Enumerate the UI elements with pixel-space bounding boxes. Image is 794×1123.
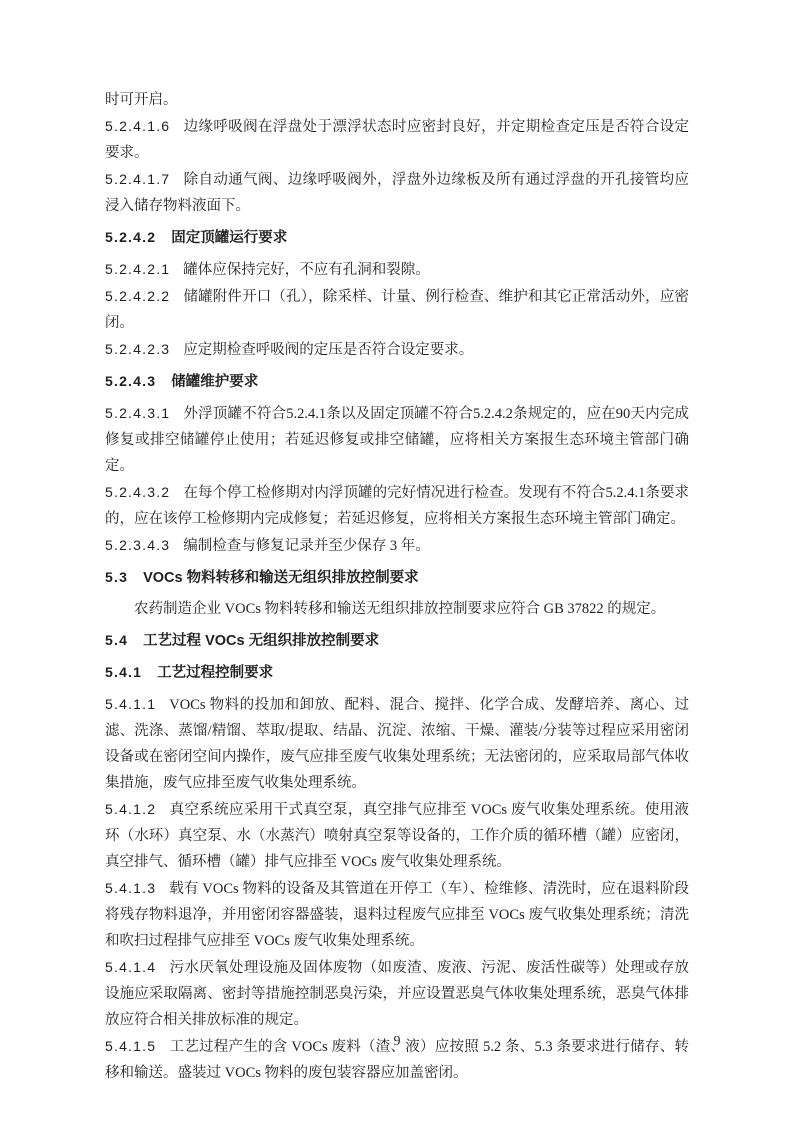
clause-paragraph: 5.2.4.1.7除自动通气阀、边缘呼吸阀外，浮盘外边缘板及所有通过浮盘的开孔接… bbox=[105, 166, 689, 219]
clause-text: 载有 VOCs 物料的设备及其管道在开停工（车）、检维修、清洗时，应在退料阶段将… bbox=[105, 881, 689, 949]
clause-text: 固定顶罐运行要求 bbox=[171, 230, 287, 246]
document-content: 时可开启。5.2.4.1.6边缘呼吸阀在浮盘处于漂浮状态时应密封良好，并定期检查… bbox=[105, 87, 689, 1086]
clause-paragraph: 5.2.4.1.6边缘呼吸阀在浮盘处于漂浮状态时应密封良好，并定期检查定压是否符… bbox=[105, 113, 689, 166]
clause-text: 除自动通气阀、边缘呼吸阀外，浮盘外边缘板及所有通过浮盘的开孔接管均应浸入储存物料… bbox=[105, 172, 689, 214]
clause-number: 5.4.1.1 bbox=[105, 696, 156, 712]
clause-number: 5.2.4.1.7 bbox=[105, 171, 170, 187]
clause-text: 外浮顶罐不符合5.2.4.1条以及固定顶罐不符合5.2.4.2条规定的，应在90… bbox=[105, 406, 689, 474]
clause-paragraph: 5.2.3.4.3编制检查与修复记录并至少保存 3 年。 bbox=[105, 532, 689, 559]
clause-text: 应定期检查呼吸阀的定压是否符合设定要求。 bbox=[183, 342, 473, 358]
clause-text: 储罐维护要求 bbox=[171, 374, 258, 390]
clause-number: 5.2.3.4.3 bbox=[105, 537, 170, 553]
section-heading: 5.4工艺过程 VOCs 无组织排放控制要求 bbox=[105, 627, 689, 654]
clause-number: 5.2.4.3.2 bbox=[105, 484, 170, 500]
clause-text: 污水厌氧处理设施及固体废物（如废渣、废液、污泥、废活性碳等）处理或存放设施应采取… bbox=[105, 960, 689, 1028]
clause-text: 时可开启。 bbox=[105, 92, 178, 108]
clause-number: 5.4.1 bbox=[105, 664, 142, 680]
clause-number: 5.2.4.2.1 bbox=[105, 261, 170, 277]
clause-number: 5.2.4.2 bbox=[105, 229, 156, 245]
clause-paragraph: 5.2.4.3.2在每个停工检修期对内浮顶罐的完好情况进行检查。发现有不符合5.… bbox=[105, 479, 689, 532]
clause-number: 5.2.4.1.6 bbox=[105, 118, 170, 134]
page-number: 9 bbox=[394, 1034, 401, 1049]
clause-paragraph: 5.4.1.3载有 VOCs 物料的设备及其管道在开停工（车）、检维修、清洗时，… bbox=[105, 875, 689, 954]
clause-text: 真空系统应采用干式真空泵，真空排气应排至 VOCs 废气收集处理系统。使用液环（… bbox=[105, 802, 689, 870]
clause-text: 编制检查与修复记录并至少保存 3 年。 bbox=[183, 538, 430, 554]
clause-paragraph: 5.4.1.1VOCs 物料的投加和卸放、配料、混合、搅拌、化学合成、发酵培养、… bbox=[105, 691, 689, 796]
clause-number: 5.4.1.4 bbox=[105, 959, 156, 975]
clause-text: 在每个停工检修期对内浮顶罐的完好情况进行检查。发现有不符合5.2.4.1条要求的… bbox=[105, 485, 689, 527]
clause-number: 5.4.1.3 bbox=[105, 880, 156, 896]
clause-paragraph: 时可开启。 bbox=[105, 87, 689, 113]
clause-paragraph: 5.2.4.2.3应定期检查呼吸阀的定压是否符合设定要求。 bbox=[105, 336, 689, 363]
section-heading: 5.4.1工艺过程控制要求 bbox=[105, 659, 689, 686]
clause-number: 5.2.4.3.1 bbox=[105, 405, 170, 421]
section-heading: 5.2.4.3储罐维护要求 bbox=[105, 368, 689, 395]
clause-paragraph: 5.4.1.2真空系统应采用干式真空泵，真空排气应排至 VOCs 废气收集处理系… bbox=[105, 796, 689, 875]
clause-text: 储罐附件开口（孔），除采样、计量、例行检查、维护和其它正常活动外，应密闭。 bbox=[105, 289, 689, 331]
clause-text: 工艺过程控制要求 bbox=[157, 665, 273, 681]
document-page: 时可开启。5.2.4.1.6边缘呼吸阀在浮盘处于漂浮状态时应密封良好，并定期检查… bbox=[0, 0, 794, 1123]
clause-number: 5.2.4.3 bbox=[105, 373, 156, 389]
section-heading: 5.2.4.2固定顶罐运行要求 bbox=[105, 224, 689, 251]
clause-text: 罐体应保持完好，不应有孔洞和裂隙。 bbox=[183, 262, 430, 278]
section-heading: 5.3VOCs 物料转移和输送无组织排放控制要求 bbox=[105, 564, 689, 591]
clause-number: 5.3 bbox=[105, 569, 128, 585]
clause-number: 5.4 bbox=[105, 632, 128, 648]
clause-paragraph: 5.2.4.3.1外浮顶罐不符合5.2.4.1条以及固定顶罐不符合5.2.4.2… bbox=[105, 400, 689, 479]
clause-number: 5.2.4.2.3 bbox=[105, 341, 170, 357]
clause-number: 5.2.4.2.2 bbox=[105, 288, 170, 304]
page-footer: 9 bbox=[0, 1032, 794, 1052]
clause-number: 5.4.1.2 bbox=[105, 801, 156, 817]
clause-text: 工艺过程 VOCs 无组织排放控制要求 bbox=[143, 633, 379, 649]
clause-paragraph: 5.2.4.2.1罐体应保持完好，不应有孔洞和裂隙。 bbox=[105, 256, 689, 283]
clause-text: VOCs 物料转移和输送无组织排放控制要求 bbox=[143, 570, 419, 586]
clause-paragraph: 农药制造企业 VOCs 物料转移和输送无组织排放控制要求应符合 GB 37822… bbox=[105, 596, 689, 622]
clause-text: 边缘呼吸阀在浮盘处于漂浮状态时应密封良好，并定期检查定压是否符合设定要求。 bbox=[105, 119, 689, 161]
clause-text: 农药制造企业 VOCs 物料转移和输送无组织排放控制要求应符合 GB 37822… bbox=[134, 601, 665, 617]
clause-paragraph: 5.4.1.4污水厌氧处理设施及固体废物（如废渣、废液、污泥、废活性碳等）处理或… bbox=[105, 954, 689, 1033]
clause-text: VOCs 物料的投加和卸放、配料、混合、搅拌、化学合成、发酵培养、离心、过滤、洗… bbox=[105, 697, 689, 791]
clause-paragraph: 5.2.4.2.2储罐附件开口（孔），除采样、计量、例行检查、维护和其它正常活动… bbox=[105, 283, 689, 336]
